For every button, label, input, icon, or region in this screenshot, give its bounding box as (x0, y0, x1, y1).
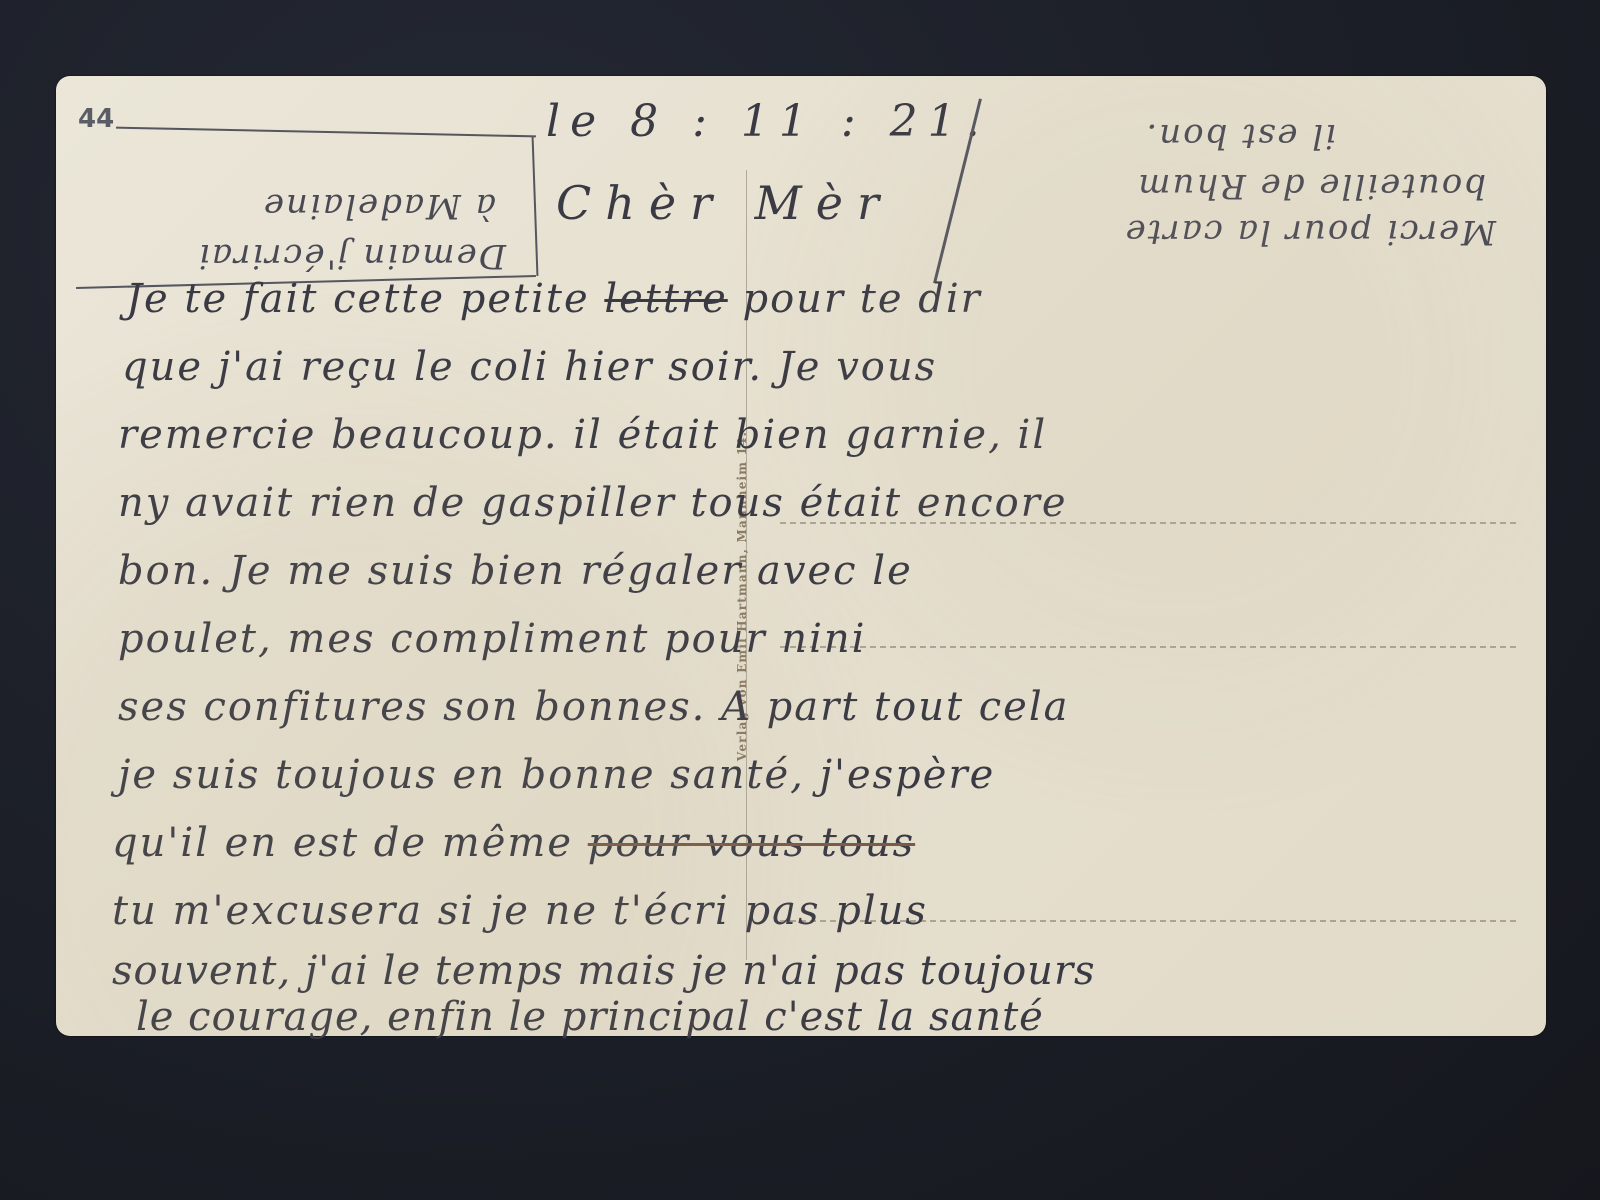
note-box-top-line (116, 127, 536, 138)
note-box-right-line (532, 136, 539, 276)
upside-note-top-right-3: Merci pour la carte (1124, 212, 1496, 252)
letter-line-1: Je te fait cette petite lettre pour te d… (126, 276, 982, 322)
letter-line-4: ny avait rien de gaspiller tous était en… (118, 480, 1068, 526)
letter-line-6: poulet, mes compliment pour nini (118, 616, 866, 662)
postcard: 44 à Madelaine Demain j'écrirai il est b… (56, 76, 1546, 1036)
corner-pencil-mark: 44 (78, 104, 114, 134)
letter-salutation: Chèr Mèr (556, 176, 893, 230)
letter-line-2: que j'ai reçu le coli hier soir. Je vous (122, 344, 937, 390)
address-line-2 (780, 646, 1516, 648)
letter-line-7: ses confitures son bonnes. A part tout c… (118, 684, 1069, 730)
upside-note-top-left-1: à Madelaine (262, 186, 496, 226)
upside-note-top-right-2: bouteille de Rhum (1136, 166, 1486, 206)
letter-line-9: qu'il en est de même pour vous tous (112, 820, 915, 866)
letter-date: le 8 : 11 : 21. (546, 96, 990, 147)
letter-line-3: remercie beaucoup. il était bien garnie,… (118, 412, 1047, 458)
upside-note-top-left-2: Demain j'écrirai (197, 236, 506, 276)
letter-line-5: bon. Je me suis bien régaler avec le (118, 548, 913, 594)
struck-phrase: pour vous tous (588, 820, 915, 866)
letter-line-11: souvent, j'ai le temps mais je n'ai pas … (112, 948, 1096, 994)
letter-line-10: tu m'excusera si je ne t'écri pas plus (112, 888, 928, 934)
struck-word: lettre (604, 276, 727, 322)
letter-line-12: le courage, enfin le principal c'est la … (136, 994, 1044, 1040)
letter-line-8: je suis toujous en bonne santé, j'espère (118, 752, 995, 798)
upside-note-top-right-1: il est bon. (1144, 116, 1336, 156)
